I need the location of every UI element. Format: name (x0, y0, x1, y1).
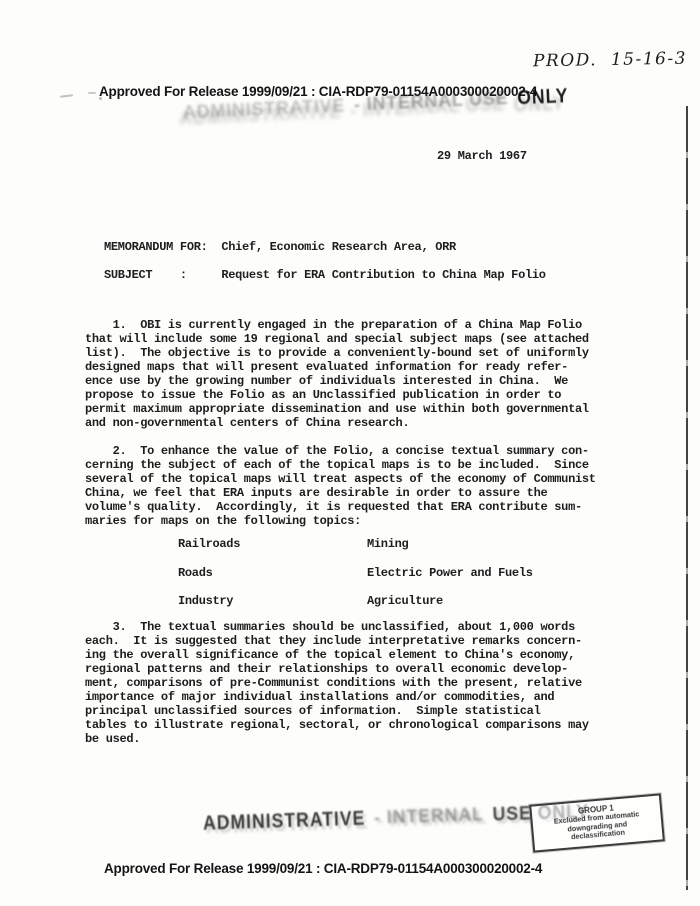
memo-paragraph-3: 3. The textual summaries should be uncla… (85, 620, 589, 746)
scan-artifact (99, 97, 102, 100)
memo-paragraph-2: 2. To enhance the value of the Folio, a … (85, 444, 596, 528)
scan-artifact (88, 92, 96, 94)
page-edge-line (686, 106, 688, 890)
memo-paragraph-1: 1. OBI is currently engaged in the prepa… (85, 318, 589, 430)
topic-row: Roads Electric Power and Fuels (178, 566, 533, 580)
group1-stamp: GROUP 1 Excluded from automatic downgrad… (529, 793, 665, 852)
memorandum-for-line: MEMORANDUM FOR: Chief, Economic Research… (104, 240, 456, 254)
topic-item-roads: Roads (178, 566, 367, 580)
topic-item-electric-power: Electric Power and Fuels (367, 566, 533, 580)
stamp-text-mid: - INTERNAL (374, 804, 484, 828)
memo-date: 29 March 1967 (437, 149, 527, 163)
topic-item-mining: Mining (367, 537, 408, 551)
topic-row: Industry Agriculture (178, 594, 533, 608)
topic-item-industry: Industry (178, 594, 367, 608)
scan-artifact (60, 94, 73, 97)
handwritten-annotation: PROD. 15-16-3 (533, 49, 687, 72)
stamp-text-dark: ONLY (517, 84, 569, 110)
topic-item-agriculture: Agriculture (367, 594, 443, 608)
topic-row: Railroads Mining (178, 537, 533, 551)
document-page: PROD. 15-16-3 Approved For Release 1999/… (0, 0, 700, 906)
approval-footer: Approved For Release 1999/09/21 : CIA-RD… (104, 861, 542, 876)
topics-list: Railroads Mining Roads Electric Power an… (178, 537, 533, 623)
topic-item-railroads: Railroads (178, 537, 367, 551)
stamp-text-dark: ADMINISTRATIVE (203, 807, 366, 836)
subject-line: SUBJECT : Request for ERA Contribution t… (104, 268, 546, 282)
